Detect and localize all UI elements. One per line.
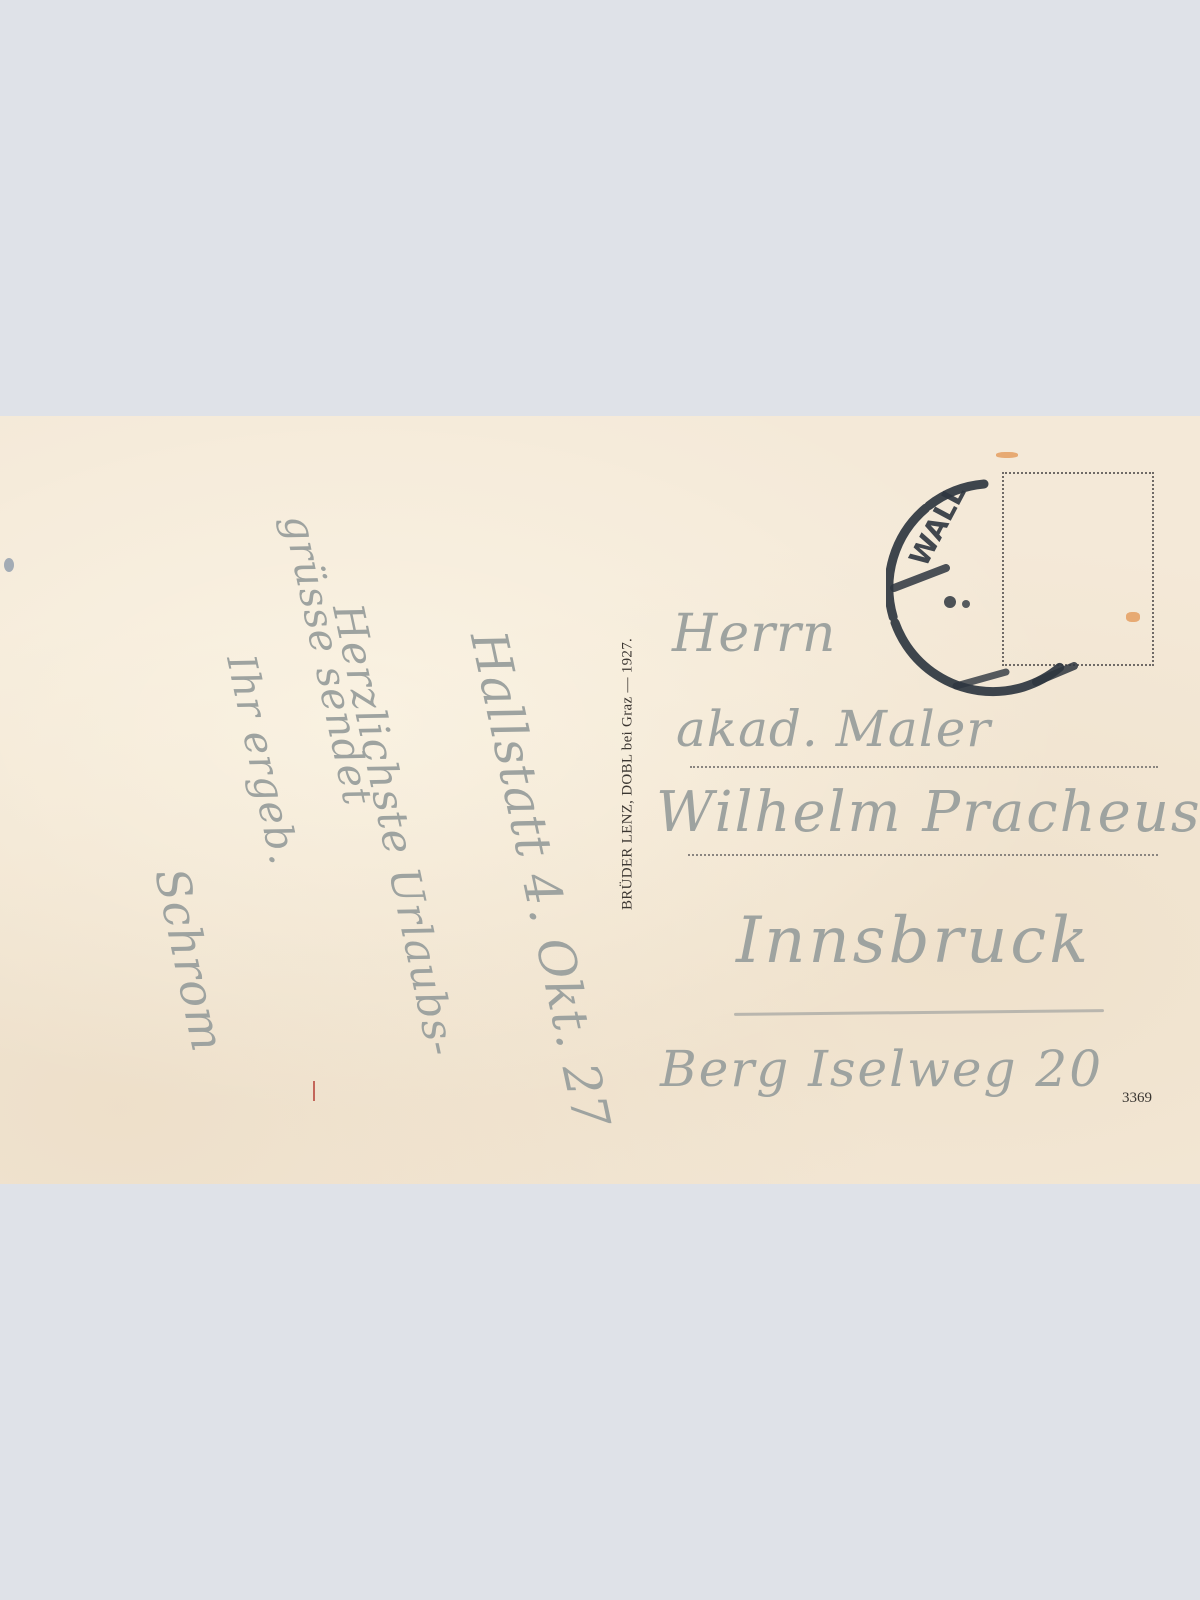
address-name: Wilhelm Pracheusky [656, 780, 1200, 845]
ink-spot [4, 558, 14, 572]
address-line [688, 854, 1158, 856]
red-mark [313, 1081, 315, 1101]
address-title: akad. Maler [676, 700, 991, 758]
publisher-imprint: BRÜDER LENZ, DOBL bei Graz — 1927. [620, 638, 637, 910]
address-street: Berg Iselweg 20 [660, 1040, 1103, 1098]
postmark: WALL [886, 476, 1108, 698]
address-line [690, 766, 1158, 768]
card-number: 3369 [1122, 1090, 1152, 1107]
paper-stain [996, 452, 1018, 458]
address-city: Innsbruck [736, 904, 1091, 978]
address-salutation: Herrn [672, 604, 836, 664]
